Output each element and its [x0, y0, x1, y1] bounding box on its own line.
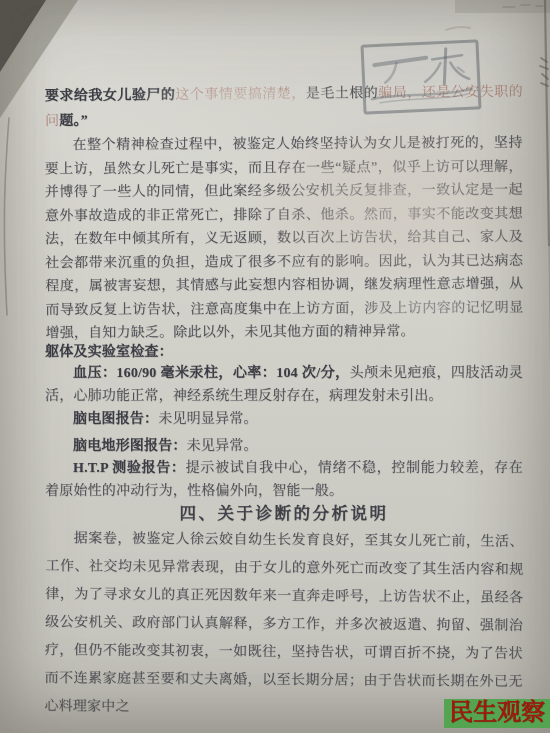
top-edge-marks [503, 5, 543, 7]
right-page-edge-line [545, 0, 549, 245]
eeg-map-report-line: 脑电地形图报告：未见异常。 [45, 435, 523, 459]
eeg-report-line: 脑电图报告：未见明显异常。 [45, 408, 523, 432]
diagnosis-section-heading: 四、关于诊断的分析说明 [45, 502, 523, 526]
mental-exam-paragraph: 在整个精神检查过程中，被鉴定人始终坚持认为女儿是被打死的，坚持要上访，虽然女儿死… [44, 132, 523, 346]
document-photo: 要求给我女儿验尸的这个事情要搞清楚，是毛土根的骗局，还是公安失职的问题。” 在整… [0, 0, 550, 733]
stamp-glyph [364, 42, 479, 111]
htp-report-line: H.T.P 测验报告：提示被试自我中心，情绪不稳，控制能力较差，存在着原始性的冲… [45, 458, 523, 503]
ink-stamp [360, 39, 481, 114]
quote-segment-faded: 这个事情要搞清楚， [175, 87, 306, 103]
eeg-map-report-label: 脑电地形图报告： [73, 439, 187, 454]
vitals-line: 血压：160/90 毫米汞柱，心率：104 次/分，头颅未见疤痕，四肢活动灵活，… [45, 363, 523, 408]
left-page-edge-line [4, 118, 9, 315]
eeg-map-report-value: 未见异常。 [187, 439, 258, 454]
physical-exam-heading: 躯体及实验室检查： [45, 341, 523, 365]
eeg-report-label: 脑电图报告： [73, 412, 158, 427]
edge-print-fragment [540, 58, 548, 86]
analysis-paragraph: 据案卷，被鉴定人徐云姣自幼生长发育良好，至其女儿死亡前，生活、工作、社交均未见异… [44, 525, 524, 725]
htp-report-label: H.T.P 测验报告： [73, 461, 186, 476]
top-edge-shadow [455, 0, 550, 13]
watermark-banner: 民生观察 [444, 699, 550, 728]
vitals-label: 血压：160/90 毫米汞柱，心率：104 次/分， [73, 366, 350, 381]
quote-segment: 题。” [59, 114, 88, 129]
watermark-label: 民生观察 [449, 699, 545, 728]
quote-segment: 要求给我女儿验尸的 [45, 88, 176, 104]
eeg-report-value: 未见明显异常。 [158, 412, 257, 427]
